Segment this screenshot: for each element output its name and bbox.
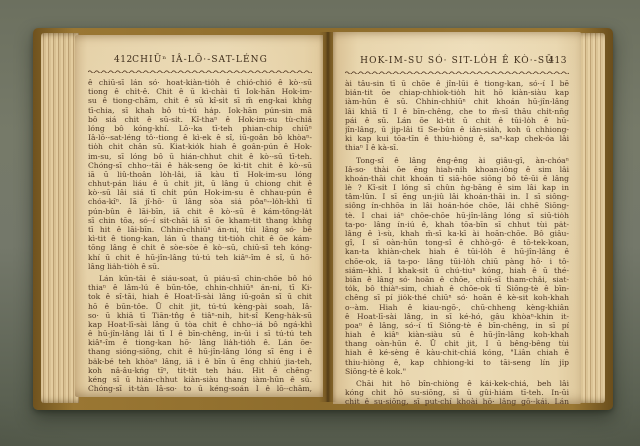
photo-background: 412 CHIŪⁿ IÂ-LŌ·-SAT-LÉNG ê chiū-sī lán … (0, 0, 640, 446)
page-number-right: 413 (548, 56, 567, 67)
text-line: so· ū khiā tī Tiān-tn̂g ê tiâⁿ-nih, hit-… (88, 311, 312, 320)
page-number-left: 412 (114, 55, 133, 66)
text-line: kóng chit hō su-siōng, sī ū gûi-hiám tī-… (345, 388, 569, 397)
text-line: Lán kūn-tāi ê siáu-soat, ū piáu-sī chin-… (88, 274, 312, 283)
text-line: thiu-hiòng ê, kap chhiong-ki to tāi-seng… (345, 358, 569, 367)
text-line: tio̍h chit chân sū. Kiat-kio̍k hiah ê go… (88, 142, 312, 151)
text-line: lâi khiā tī I ê bīn-chêng, che to m̄-sī … (345, 107, 569, 116)
text-line: ài tâu-sin tī ū chōe ê jîn-lūi ê tiong-k… (345, 79, 569, 88)
text-line: poaⁿ ê lâng, só·-í tī Siōng-tè ê bīn-chê… (345, 321, 569, 330)
text-line: thiaⁿ ê lâm-lú ê būn-tôe, chhin-chhiūⁿ á… (88, 283, 312, 292)
text-line: hiah ê kiâⁿ kiàn-siàu sū ê hū-jîn-lâng k… (345, 330, 569, 339)
text-line: siám--khì. I khak-si̍t ū chú-tiuⁿ kóng, … (345, 266, 569, 275)
text-line: tok ê sî-tāi, hiah ê Hoat-lī-sài lâng iū… (88, 292, 312, 301)
text-line: thiaⁿ I ê kà-sī. (345, 143, 569, 152)
text-line: Chóng-sī it-tàn Iâ-so· to ū kéng-soán I … (88, 384, 312, 393)
text-line: ba̍k-bé teh khòaⁿ lâng, iā i ê bīn ū ēng… (88, 357, 312, 366)
text-line: chêng sī pí jio̍k-thé chiūⁿ só· hoān ê k… (345, 293, 569, 302)
page-text-right: ài tâu-sin tī ū chōe ê jîn-lūi ê tiong-k… (345, 79, 569, 407)
text-line: siông ín-chhōa in lâi hoán-hóe chōe, lâi… (345, 201, 569, 210)
text-line: kiâⁿ-îm ê tiong-kan hō· lâng lia̍h-tio̍h… (88, 338, 312, 347)
text-line: khoán-thāi chit khoán tī siā-hōe siōng b… (345, 174, 569, 183)
text-line: lè ? Kî-si̍t I lóng sī chûn ǹg-bāng ê si… (345, 183, 569, 192)
text-line: kì-tit ê tiong-kan, lán ū thang tit-tio̍… (88, 234, 312, 243)
open-book: 412 CHIŪⁿ IÂ-LŌ·-SAT-LÉNG ê chiū-sī lán … (33, 28, 613, 410)
page-text-left: ê chiū-sī lán só· hoat-kiàn-tio̍h ê chió… (88, 78, 312, 393)
text-line: pái ê sū. Lán ōe kì-tit ū chi̍t ê tūi-lo… (345, 116, 569, 125)
text-line: Tong-sî ê lâng êng-êng ài giâu-gî, àn-ch… (345, 156, 569, 165)
text-line: kan-ta khiàn-chek hiah ê tūi-lo̍h ê hū-j… (345, 247, 569, 256)
text-line: tī-chia, sī khah bô tú-tú ha̍p. Iok-hān … (88, 106, 312, 115)
text-line: biān ê lâng só· hoān ê chōe, chiū-sī tha… (345, 275, 569, 284)
text-line: iàm-hūn ê sū. Chhin-chhiūⁿ chit khoán hū… (345, 97, 569, 106)
page-right: HOK-IM-SU SÓ· SIT-LO̍H Ê KÒ·-SŪ 413 ài t… (333, 32, 581, 404)
text-line: tōng lâng ê chi̍t ê sòe-sòe ê kò·-sū, ch… (88, 243, 312, 252)
running-title-right: HOK-IM-SU SÓ· SIT-LO̍H Ê KÒ·-SŪ (360, 56, 554, 66)
text-line: khí ū chi̍t ê hū-jîn-lâng tú-tú teh kiâⁿ… (88, 253, 312, 262)
text-line: su ê tiong-chām, chit ê sū kî-si̍t sī m̄… (88, 96, 312, 105)
text-line: tè. I chai iáⁿ chōe-chōe hū-jîn-lâng lón… (345, 211, 569, 220)
text-line: lóng bô kóng-khí. Lō·-ka tī-teh phian-ch… (88, 124, 312, 133)
text-line: chit ê su-siōng, sī put-chí khoài hō· lâ… (345, 397, 569, 406)
text-line: Iâ-lō·-sat-léng tô·-tiong ê kì-ek ê sî, … (88, 133, 312, 142)
text-line: chōe-ok, iā ta-po· lâng tūi-lo̍h chiū pà… (345, 257, 569, 266)
text-line: ta-po· lâng ín-iú ê, khah tōa-bīn sī chh… (345, 220, 569, 229)
text-line: gî, I sī oàn-hūn tong-sî ê chhò-gō· ê tō… (345, 238, 569, 247)
text-line: tiong ê chi̍t-ê. Chit ê ū kì-chài tī Iok… (88, 87, 312, 96)
text-line: bô siá chit ê sū-si̍t. Kî-thaⁿ ê Hok-im-… (88, 115, 312, 124)
text-line: thang sióng-siōng, chit ê hū-jîn-lâng ló… (88, 347, 312, 356)
text-line: ê Hoat-lī-sài lâng, in sī ké-hó, gâu khò… (345, 312, 569, 321)
text-line: kéng sī ū hián-chhut kiàn-siàu thang iàm… (88, 375, 312, 384)
text-line: Iâ-so· thài ōe ēng hiah-ni̍h khoan-iông … (345, 165, 569, 174)
text-line: Siōng-tè ê kok." (345, 367, 569, 376)
text-line: lâng lia̍h-tio̍h ê sū. (88, 262, 312, 271)
text-line: Chóng-sī chho·-tāi ê ha̍k-seng ōe kì-tit… (88, 161, 312, 170)
text-line: ki kap kui tōa-tīn ê thiu-hiòng ê, saⁿ-k… (345, 134, 569, 143)
text-line: to̍k, bô thiàⁿ-sim, chiah ê chōe-ok tī S… (345, 284, 569, 293)
text-line: tâm-lūn. I sī ēng un-jiû lâi khoán-thāi … (345, 192, 569, 201)
page-left: 412 CHIŪⁿ IÂ-LŌ·-SAT-LÉNG ê chiū-sī lán … (75, 35, 323, 397)
text-line: pún-bûn ê lāi-bīn, iā chit ê kò·-sū ê ká… (88, 207, 312, 216)
text-line: tī hit ê lāi-bīn. Chhin-chhiūⁿ án-ni, tù… (88, 225, 312, 234)
text-line: ê hū-jîn-lâng lâi tī I ê bīn-chêng, in-ū… (88, 329, 312, 338)
page-header-left: 412 CHIŪⁿ IÂ-LŌ·-SAT-LÉNG (88, 55, 312, 66)
text-line: lâng ê ì-sù, khah m̄-sī ka-kī ài hoān-ch… (345, 229, 569, 238)
text-line: sī chin tōa, só·-í si̍t-chāi iā sī ōe kh… (88, 216, 312, 225)
text-line: thang oàn-hūn ê. Ū chi̍t jit, I ū bêng-b… (345, 339, 569, 348)
text-line: chhut-pán liáu ê ū chi̍t jit, ū lâng ū c… (88, 179, 312, 188)
book-gutter (319, 32, 337, 402)
text-line: hiah ê ké-sèng ê kàu-chit-chiá kóng, "Li… (345, 348, 569, 357)
text-line: jîn-lâng, ū ji̍p-lâi tī Se-bûn ê iân-sia… (345, 125, 569, 134)
text-line: im-su, sī lóng bô ū hián-chhut chit ê kò… (88, 152, 312, 161)
running-title-left: CHIŪⁿ IÂ-LŌ·-SAT-LÉNG (132, 55, 268, 65)
header-rule-left (88, 69, 312, 73)
text-line: koh nâ-âu-kńg tīⁿ, ti̍t-ti̍t teh háu. Hi… (88, 366, 312, 375)
text-line: kap Hoat-lī-sài lâng ū tòa chi̍t ê chho·… (88, 320, 312, 329)
text-line: chóa-kîⁿ. Iā jî-hō· ū lâng sòa siá pôaⁿ-… (88, 197, 312, 206)
text-line: iā ū liû-thoân lo̍h-lâi, iā kàu tī Hok-i… (88, 170, 312, 179)
page-header-right: HOK-IM-SU SÓ· SIT-LO̍H Ê KÒ·-SŪ 413 (345, 56, 569, 67)
text-line: bián-tit ōe chiap-chhiok-tio̍h hit hō ki… (345, 88, 569, 97)
text-line: Chāi hit hō bîn-chiòng ê kái-kek-chiá, b… (345, 379, 569, 388)
page-edges-left (41, 33, 79, 403)
text-line: hō ê būn-tôe. Ū chi̍t jit, tú-tú kèng-pà… (88, 302, 312, 311)
text-line: o·-àm. Hiah ê kiau-ngō·, chū-chheng kèng… (345, 303, 569, 312)
text-line: ê chiū-sī lán só· hoat-kiàn-tio̍h ê chió… (88, 78, 312, 87)
header-rule-right (345, 70, 569, 74)
text-line: kò·-sū lâi siá tī chi̍t pún Hok-im-su ê … (88, 188, 312, 197)
